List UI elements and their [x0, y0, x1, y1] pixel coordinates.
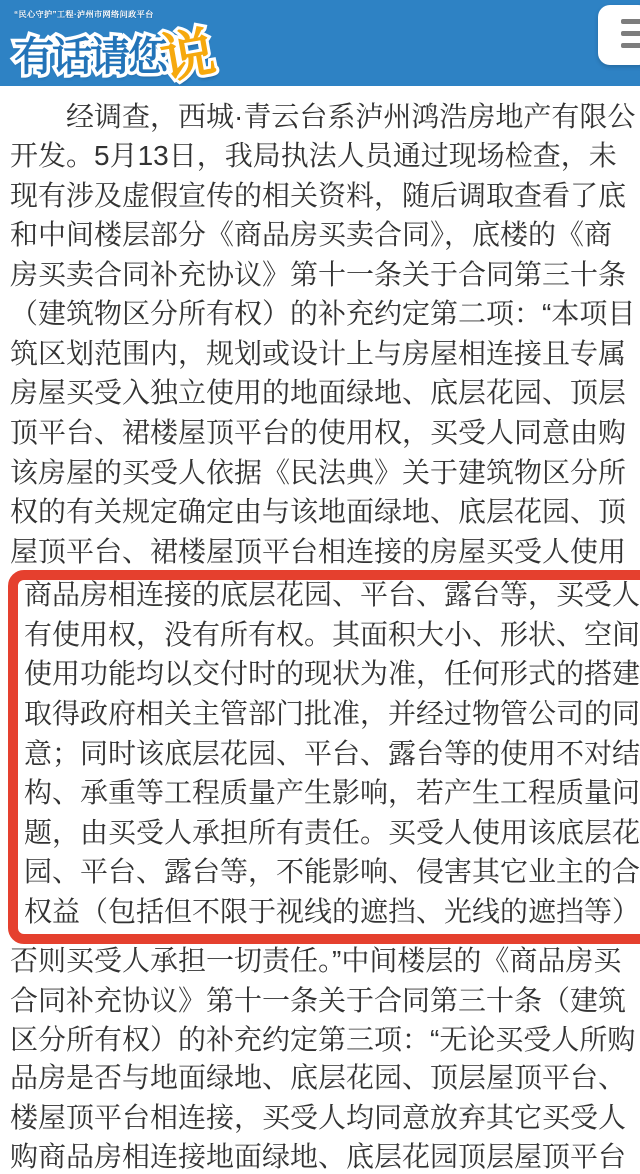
paragraph-line: 否则买受人承担一切责任。”中间楼层的《商品房买 — [10, 941, 621, 981]
paragraph-line: 开发。5月13日，我局执法人员通过现场检查，未 — [10, 136, 617, 176]
paragraph-line-highlighted: 取得政府相关主管部门批准，并经过物管公司的同 — [24, 694, 640, 734]
paragraph-line: 合同补充协议》第十一条关于合同第三十条（建筑 — [10, 981, 626, 1021]
paragraph-line: 品房是否与地面绿地、底层花园、顶层屋顶平台、 — [10, 1058, 626, 1098]
paragraph-line: 现有涉及虚假宣传的相关资料，随后调取查看了底 — [10, 176, 626, 216]
paragraph-line: 区分所有权）的补充约定第三项：“无论买受人所购 — [10, 1020, 635, 1060]
paragraph-line: 经调查，西城·青云台系泸州鸿浩房地产有限公 — [10, 97, 635, 137]
paragraph-line: 房买卖合同补充协议》第十一条关于合同第三十条 — [10, 255, 626, 295]
paragraph-line: 顶平台、裙楼屋顶平台的使用权，买受人同意由购 — [10, 413, 626, 453]
paragraph-line: 楼屋顶平台相连接，买受人均同意放弃其它买受人 — [10, 1098, 626, 1138]
paragraph-line: （建筑物区分所有权）的补充约定第二项：“本项目 — [10, 294, 635, 334]
paragraph-line: 购商品房相连接地面绿地、底层花园顶层屋顶平台 — [10, 1137, 626, 1174]
logo-title-row: 有话请您 有话请您 说 说 — [14, 25, 203, 87]
paragraph-line: 和中间楼层部分《商品房买卖合同》，底楼的《商 — [10, 215, 612, 255]
paragraph-line-highlighted: 有使用权，没有所有权。其面积大小、形状、空间 — [24, 615, 640, 655]
app-logo: “民心守护”工程·泸州市网络问政平台 有话请您 有话请您 说 说 — [14, 8, 203, 87]
menu-bar — [621, 19, 640, 24]
paragraph-line-highlighted: 题，由买受人承担所有责任。买受人使用该底层花 — [24, 813, 640, 853]
menu-bar — [621, 43, 640, 48]
paragraph-line: 该房屋的买受人依据《民法典》关于建筑物区分所 — [10, 453, 626, 493]
paragraph-line-highlighted: 意；同时该底层花园、平台、露台等的使用不对结 — [24, 734, 640, 774]
header-banner: “民心守护”工程·泸州市网络问政平台 有话请您 有话请您 说 说 — [0, 0, 640, 86]
paragraph-line-highlighted: 商品房相连接的底层花园、平台、露台等，买受人 — [24, 575, 640, 615]
paragraph-line-highlighted: 构、承重等工程质量产生影响，若产生工程质量问 — [24, 773, 640, 813]
paragraph-line: 房屋买受入独立使用的地面绿地、底层花园、顶层 — [10, 373, 626, 413]
paragraph-line: 权的有关规定确定由与该地面绿地、底层花园、顶 — [10, 492, 626, 532]
paragraph-line-highlighted: 园、平台、露台等，不能影响、侵害其它业主的合 — [24, 852, 640, 892]
menu-bar — [621, 31, 640, 36]
paragraph-line-highlighted: 权益（包括但不限于视线的遮挡、光线的遮挡等） — [24, 892, 640, 932]
logo-title: 有话请您 有话请您 — [14, 25, 166, 82]
logo-tagline: “民心守护”工程·泸州市网络问政平台 — [14, 8, 154, 20]
paragraph-line: 屋顶平台、裙楼屋顶平台相连接的房屋买受人使用 — [10, 532, 626, 572]
menu-button[interactable] — [598, 5, 640, 65]
paragraph-line-highlighted: 使用功能均以交付时的现状为准，任何形式的搭建 — [24, 654, 640, 694]
paragraph-line: 筑区划范围内，规划或设计上与房屋相连接且专属 — [10, 334, 626, 374]
